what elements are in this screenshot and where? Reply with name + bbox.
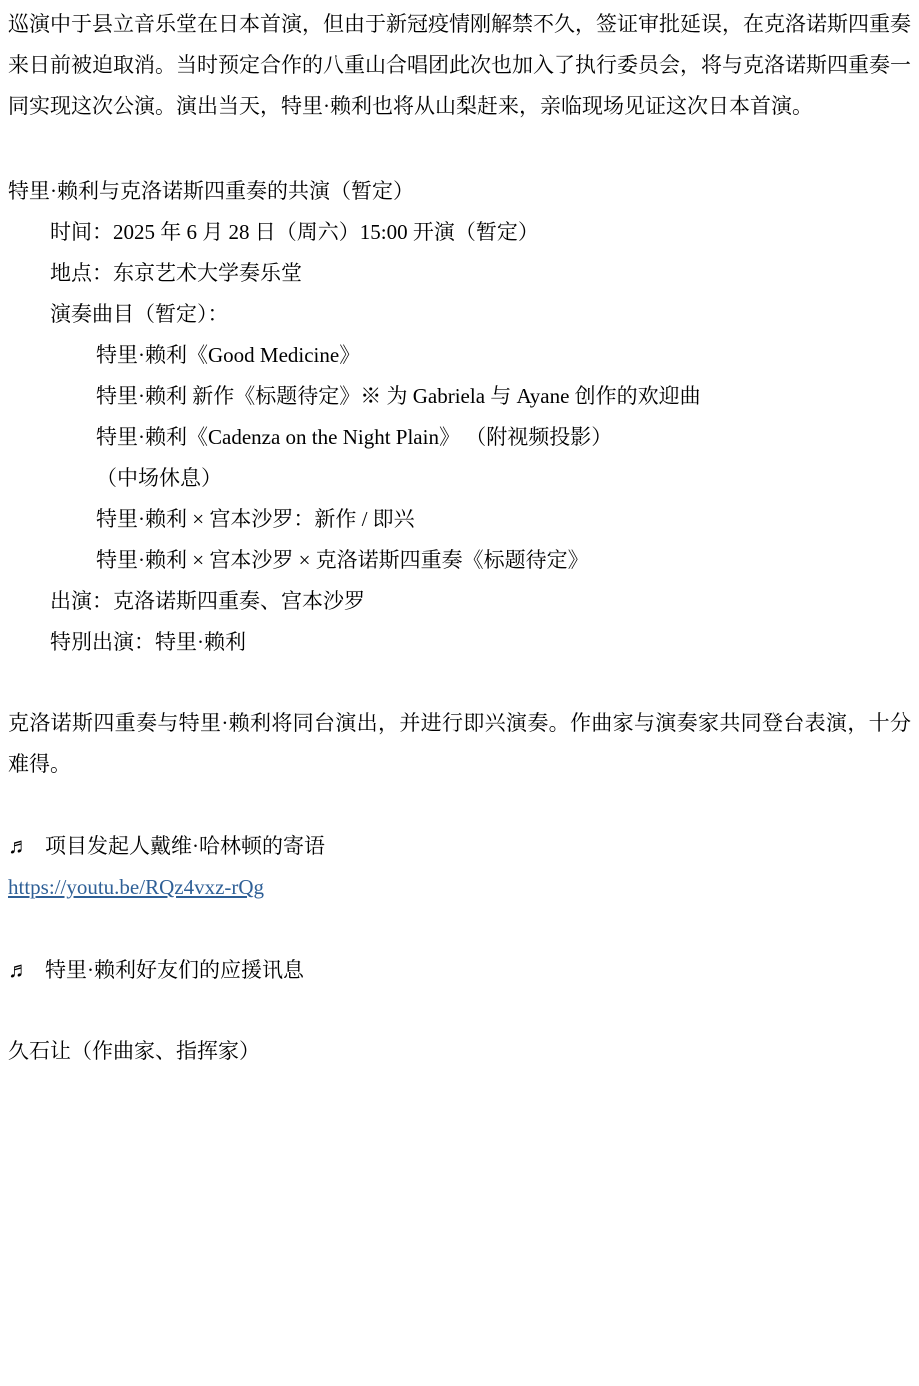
program-item: 特里·赖利 × 宫本沙罗：新作 / 即兴	[8, 499, 911, 540]
music-note-icon: ♬	[8, 825, 30, 866]
document-page: 巡演中于县立音乐堂在日本首演，但由于新冠疫情刚解禁不久，签证审批延误，在克洛诺斯…	[0, 0, 919, 1386]
message-heading-text: 项目发起人戴维·哈林顿的寄语	[45, 834, 325, 858]
supporter-line: 久石让（作曲家、指挥家）	[8, 1031, 911, 1072]
youtube-link-line: https://youtu.be/RQz4vxz-rQg	[8, 867, 911, 908]
youtube-link[interactable]: https://youtu.be/RQz4vxz-rQg	[8, 875, 264, 899]
closing-paragraph: 克洛诺斯四重奏与特里·赖利将同台演出，并进行即兴演奏。作曲家与演奏家共同登台表演…	[8, 703, 911, 785]
support-heading-text: 特里·赖利好友们的应援讯息	[45, 958, 304, 982]
support-section-heading: ♬特里·赖利好友们的应援讯息	[8, 949, 911, 991]
program-item: 特里·赖利《Cadenza on the Night Plain》 （附视频投影…	[8, 417, 911, 458]
program-item: 特里·赖利 × 宫本沙罗 × 克洛诺斯四重奏《标题待定》	[8, 540, 911, 581]
program-item: 特里·赖利 新作《标题待定》※ 为 Gabriela 与 Ayane 创作的欢迎…	[8, 376, 911, 417]
performers-line: 出演：克洛诺斯四重奏、宫本沙罗	[8, 581, 911, 622]
concert-venue: 地点：东京艺术大学奏乐堂	[8, 253, 911, 294]
music-note-icon: ♬	[8, 949, 30, 990]
concert-info-section: 特里·赖利与克洛诺斯四重奏的共演（暂定） 时间：2025 年 6 月 28 日（…	[8, 171, 911, 663]
program-item-intermission: （中场休息）	[8, 458, 911, 499]
intro-paragraph: 巡演中于县立音乐堂在日本首演，但由于新冠疫情刚解禁不久，签证审批延误，在克洛诺斯…	[8, 4, 911, 127]
special-guest-line: 特別出演：特里·赖利	[8, 622, 911, 663]
program-label: 演奏曲目（暂定）：	[8, 294, 911, 335]
program-item: 特里·赖利《Good Medicine》	[8, 335, 911, 376]
concert-time: 时间：2025 年 6 月 28 日（周六）15:00 开演（暂定）	[8, 212, 911, 253]
message-section-heading: ♬项目发起人戴维·哈林顿的寄语	[8, 825, 911, 867]
concert-title: 特里·赖利与克洛诺斯四重奏的共演（暂定）	[8, 171, 911, 212]
